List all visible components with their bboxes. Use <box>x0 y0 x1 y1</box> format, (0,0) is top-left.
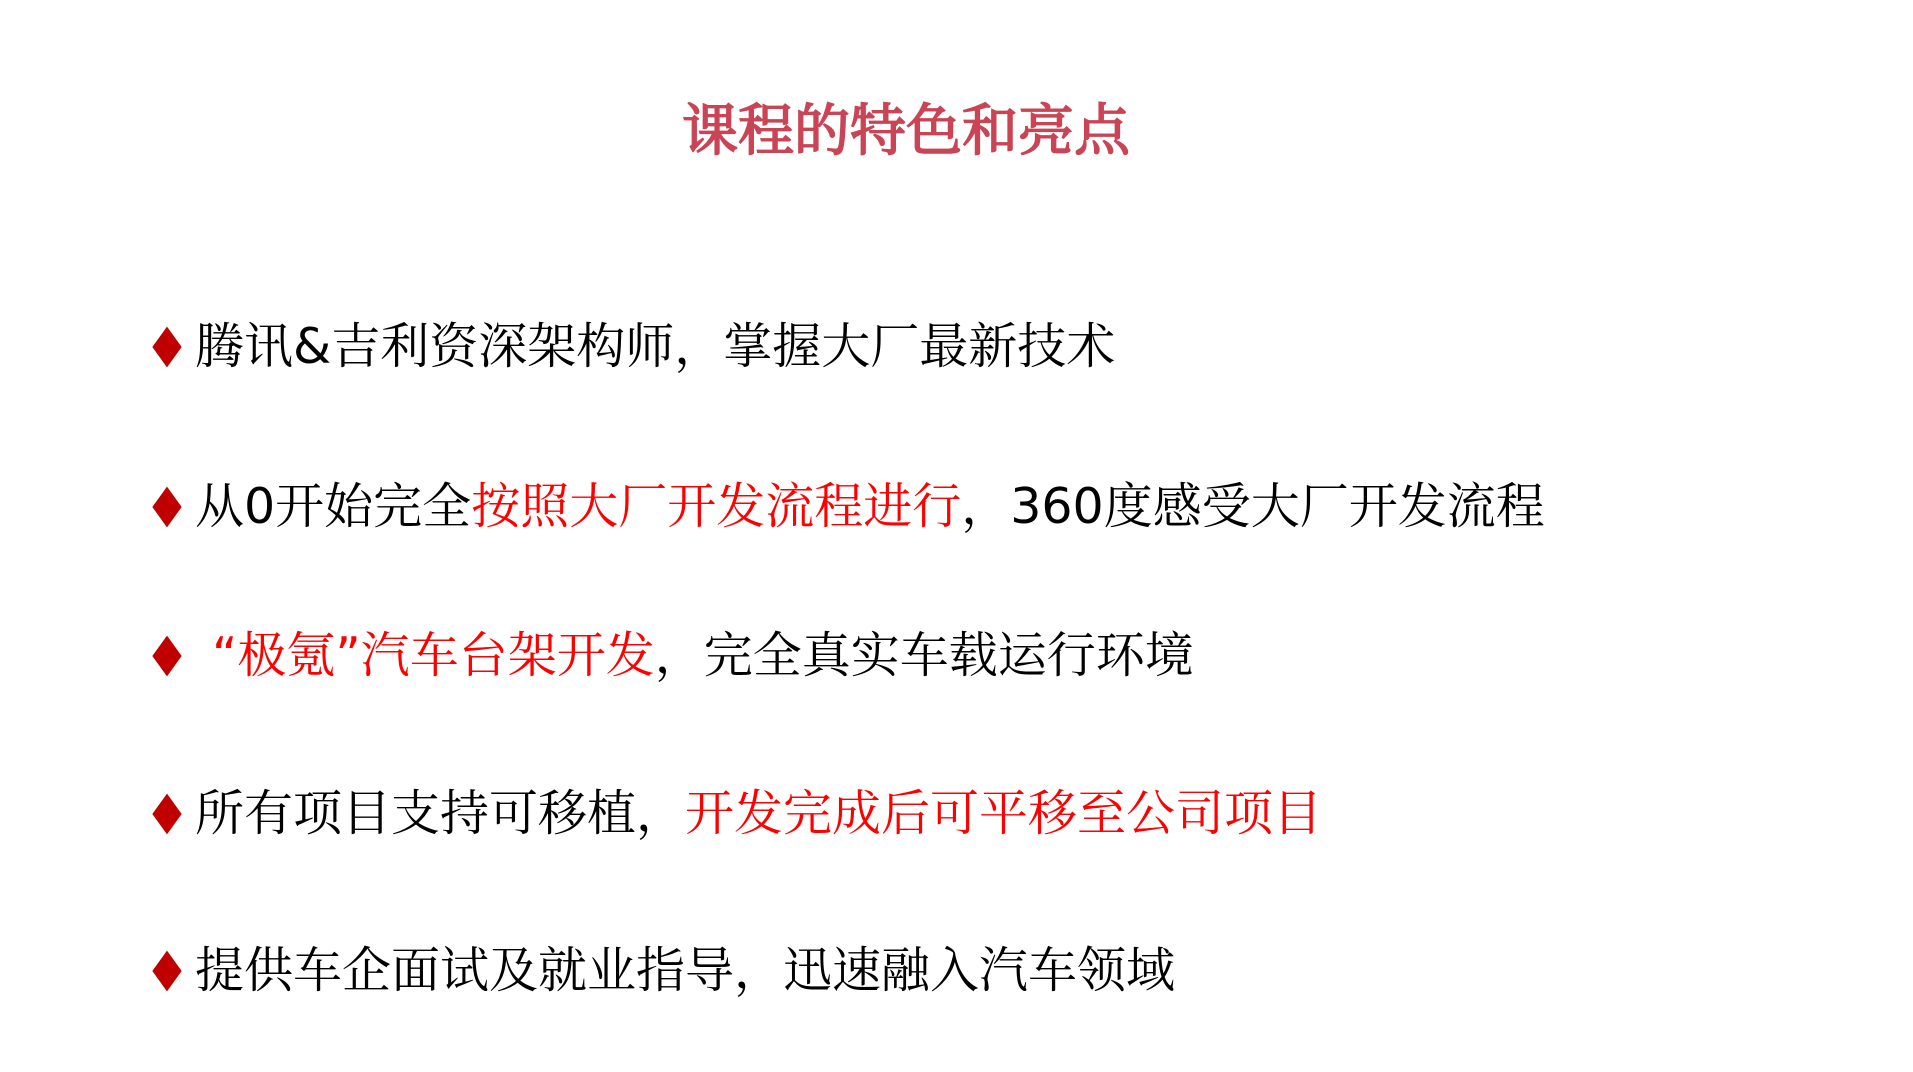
text-segment: 腾讯&吉利资深架构师，掌握大厂最新技术 <box>195 318 1115 375</box>
slide: 课程的特色和亮点 腾讯&吉利资深架构师，掌握大厂最新技术 从0开始完全按照大厂开… <box>0 0 1913 1072</box>
diamond-icon <box>152 327 182 367</box>
diamond-icon <box>152 951 182 991</box>
bullet-item-4: 所有项目支持可移植，开发完成后可平移至公司项目 <box>152 784 1322 844</box>
bullet-item-5: 提供车企面试及就业指导，迅速融入汽车领域 <box>152 941 1175 1001</box>
bullet-item-1: 腾讯&吉利资深架构师，掌握大厂最新技术 <box>152 317 1115 377</box>
highlight-text-segment: 按照大厂开发流程进行 <box>471 478 961 535</box>
diamond-icon <box>152 487 182 527</box>
text-segment: 从0开始完全 <box>195 478 471 535</box>
text-segment: 所有项目支持可移植， <box>195 785 685 842</box>
bullet-item-2: 从0开始完全按照大厂开发流程进行，360度感受大厂开发流程 <box>152 477 1545 537</box>
bullet-text: “极氪”汽车台架开发，完全真实车载运行环境 <box>212 626 1194 686</box>
slide-title: 课程的特色和亮点 <box>0 96 1812 168</box>
bullet-text: 从0开始完全按照大厂开发流程进行，360度感受大厂开发流程 <box>195 477 1545 537</box>
bullet-item-3: “极氪”汽车台架开发，完全真实车载运行环境 <box>152 626 1194 686</box>
bullet-text: 腾讯&吉利资深架构师，掌握大厂最新技术 <box>195 317 1115 377</box>
bullet-text: 所有项目支持可移植，开发完成后可平移至公司项目 <box>195 784 1322 844</box>
text-segment: ，360度感受大厂开发流程 <box>961 478 1545 535</box>
bullet-text: 提供车企面试及就业指导，迅速融入汽车领域 <box>195 941 1175 1001</box>
diamond-icon <box>152 794 182 834</box>
highlight-text-segment: 开发完成后可平移至公司项目 <box>685 785 1322 842</box>
text-segment: 提供车企面试及就业指导，迅速融入汽车领域 <box>195 942 1175 999</box>
highlight-text-segment: “极氪”汽车台架开发 <box>212 627 655 684</box>
diamond-icon <box>152 636 182 676</box>
text-segment: ，完全真实车载运行环境 <box>655 627 1194 684</box>
